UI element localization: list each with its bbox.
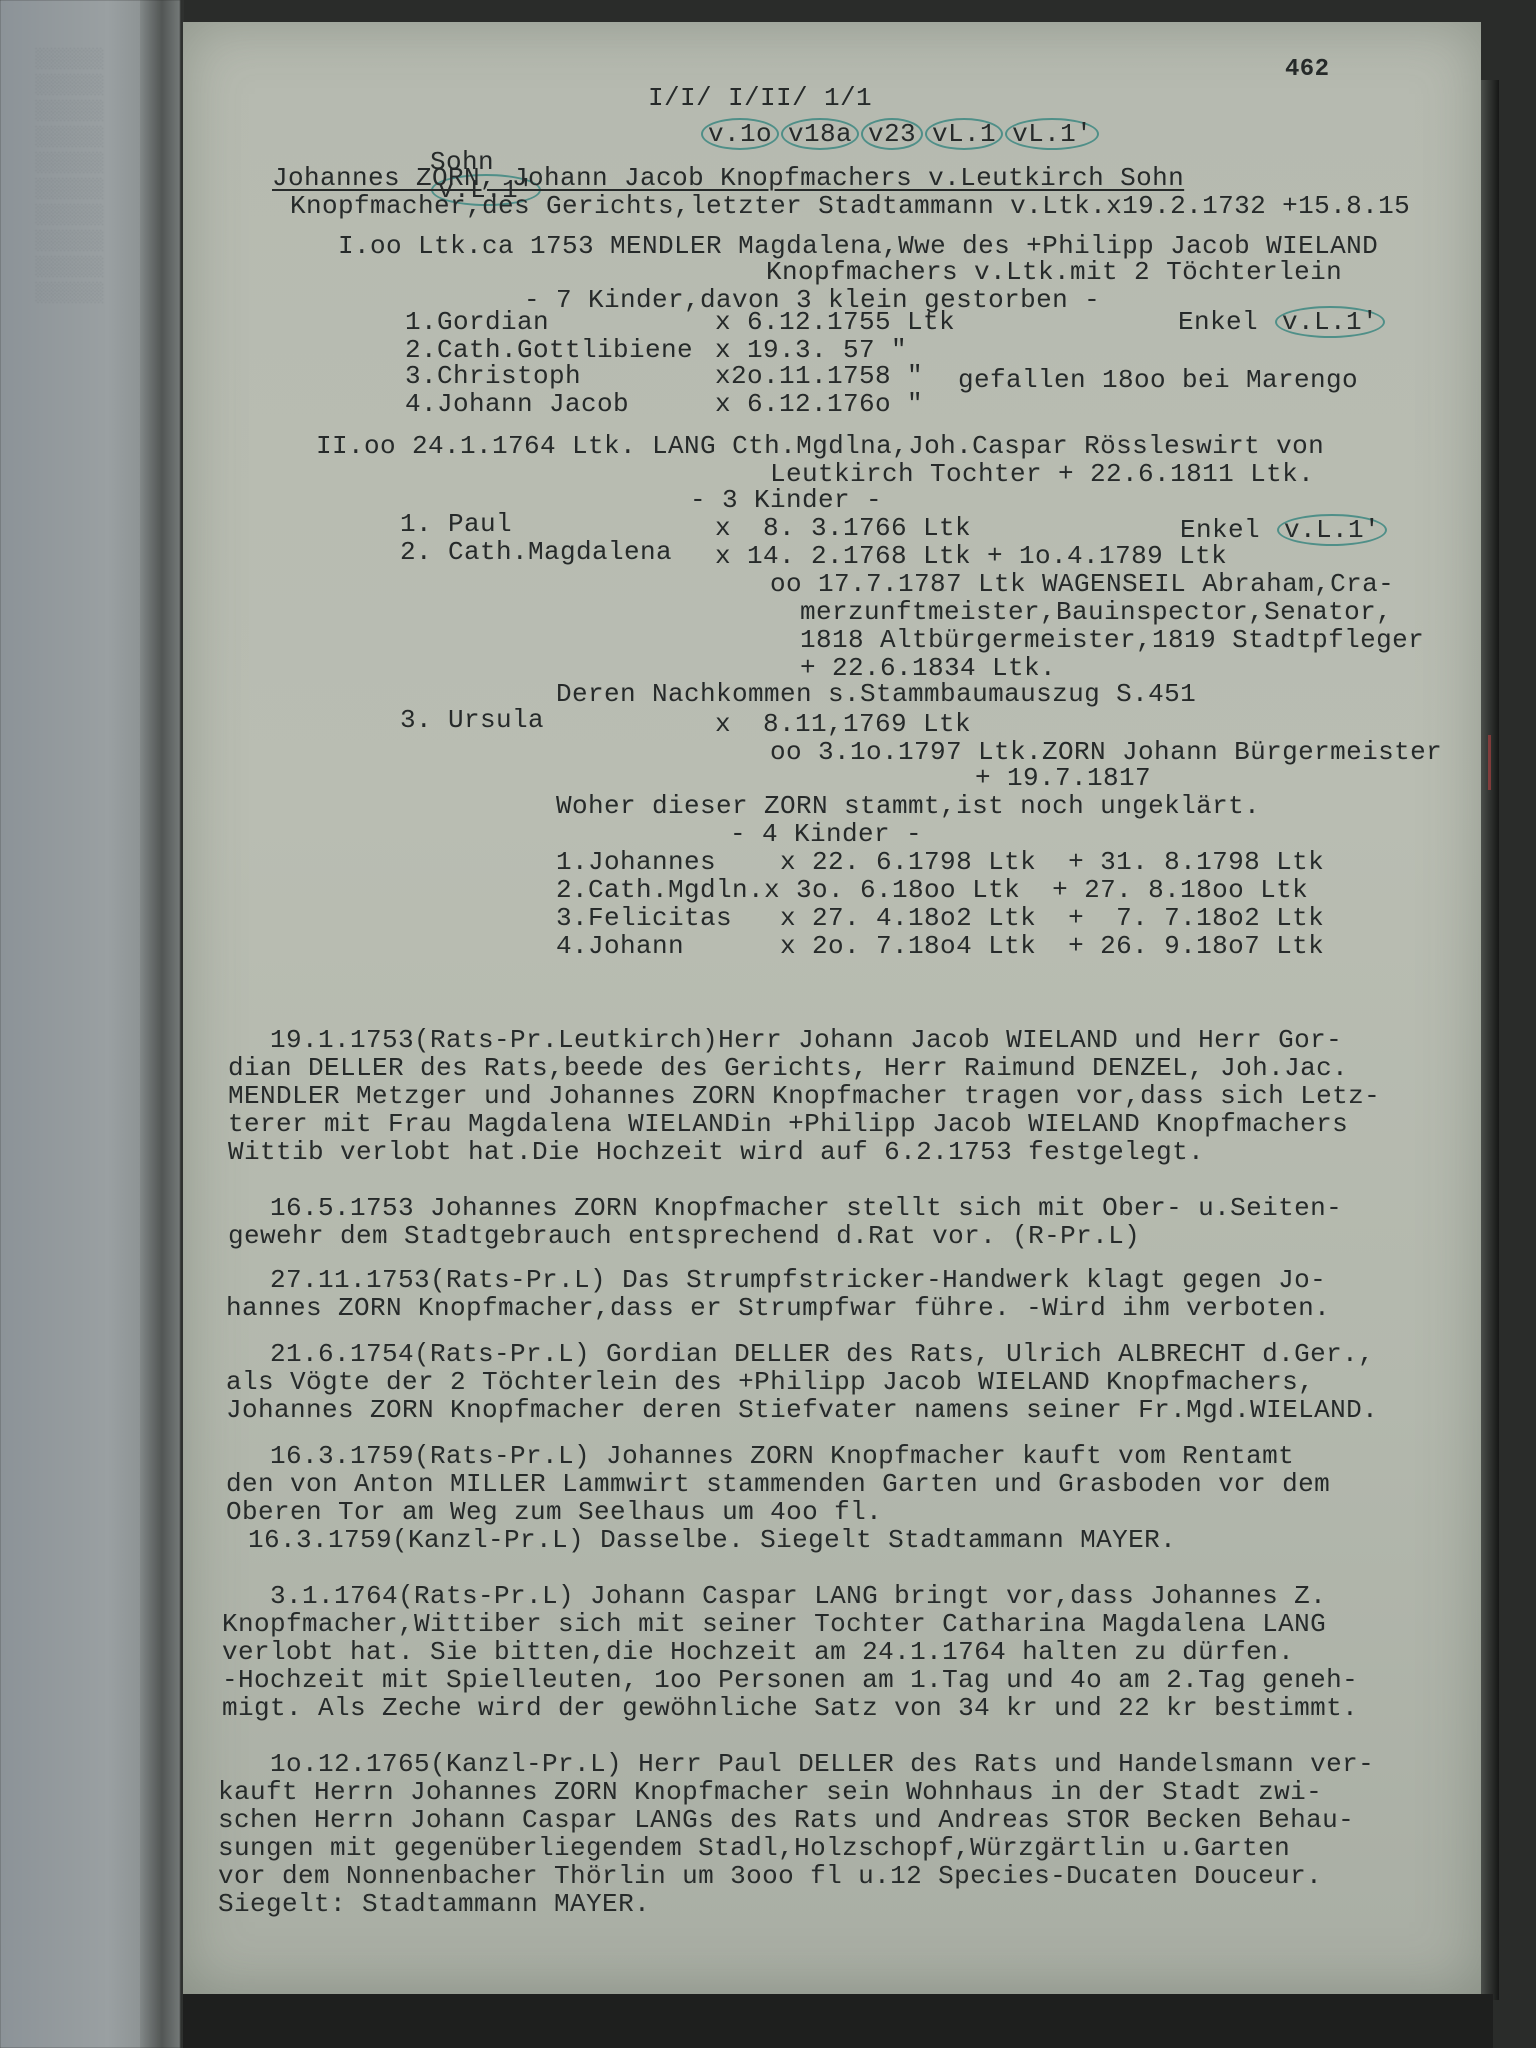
relation-code-circled: vL.1' bbox=[1005, 118, 1099, 150]
record-line: terer mit Frau Magdalena WIELANDin +Phil… bbox=[228, 1110, 1348, 1138]
child-note: gefallen 18oo bei Marengo bbox=[958, 366, 1358, 394]
magdalena-marriage-line: 1818 Altbürgermeister,1819 Stadtpfleger bbox=[800, 626, 1424, 654]
child-note: Enkel v.L.1' bbox=[1180, 516, 1388, 544]
record-line: gewehr dem Stadtgebrauch entsprechend d.… bbox=[228, 1222, 1140, 1250]
record-line: 1o.12.1765(Kanzl-Pr.L) Herr Paul DELLER … bbox=[222, 1750, 1374, 1778]
magdalena-marriage-line: oo 17.7.1787 Ltk WAGENSEIL Abraham,Cra- bbox=[770, 570, 1394, 598]
record-line: Oberen Tor am Weg zum Seelhaus um 4oo fl… bbox=[226, 1498, 882, 1526]
grandchild-row: 3.Felicitas x 27. 4.18o2 Ltk + 7. 7.18o2… bbox=[556, 904, 1324, 932]
record-line: als Vögte der 2 Töchterlein des +Philipp… bbox=[226, 1368, 1314, 1396]
record-line: 3.1.1764(Rats-Pr.L) Johann Caspar LANG b… bbox=[222, 1582, 1326, 1610]
person-header-line1: Johannes ZORN, Johann Jacob Knopfmachers… bbox=[272, 164, 1184, 192]
marriage2-line2: Leutkirch Tochter + 22.6.1811 Ltk. bbox=[770, 460, 1314, 488]
origin-note: Woher dieser ZORN stammt,ist noch ungekl… bbox=[556, 792, 1260, 820]
child-date: x 8. 3.1766 Ltk bbox=[715, 514, 971, 542]
descendants-note: Deren Nachkommen s.Stammbaumauszug S.451 bbox=[556, 680, 1196, 708]
grandchild-row: 1.Johannes x 22. 6.1798 Ltk + 31. 8.1798… bbox=[556, 848, 1324, 876]
relation-code-circled: v.L.1' bbox=[1275, 306, 1385, 338]
grandchild-row: 2.Cath.Mgdln.x 3o. 6.18oo Ltk + 27. 8.18… bbox=[556, 876, 1308, 904]
magdalena-marriage-line: merzunftmeister,Bauinspector,Senator, bbox=[800, 598, 1392, 626]
child-date: x 6.12.176o " bbox=[715, 390, 923, 418]
book-gutter bbox=[140, 0, 184, 2048]
record-line: kauft Herrn Johannes ZORN Knopfmacher se… bbox=[218, 1778, 1322, 1806]
record-line: migt. Als Zeche wird der gewöhnliche Sat… bbox=[222, 1694, 1358, 1722]
relation-code-circled: vL.1 bbox=[925, 118, 1003, 150]
marriage2-line1: II.oo 24.1.1764 Ltk. LANG Cth.Mgdlna,Joh… bbox=[316, 432, 1324, 460]
record-line: Wittib verlobt hat.Die Hochzeit wird auf… bbox=[228, 1138, 1204, 1166]
record-line: hannes ZORN Knopfmacher,dass er Strumpfw… bbox=[226, 1294, 1330, 1322]
record-line: Knopfmacher,Wittiber sich mit seiner Toc… bbox=[222, 1610, 1326, 1638]
record-line: schen Herrn Johann Caspar LANGs des Rats… bbox=[218, 1806, 1354, 1834]
reference-code: I/I/ I/II/ 1/1 bbox=[648, 84, 872, 112]
record-line: 16.3.1759(Rats-Pr.L) Johannes ZORN Knopf… bbox=[222, 1442, 1294, 1470]
record-line: -Hochzeit mit Spielleuten, 1oo Personen … bbox=[222, 1666, 1358, 1694]
page-number: 462 bbox=[1285, 56, 1329, 84]
record-line: Siegelt: Stadtammann MAYER. bbox=[218, 1890, 650, 1918]
child-date: x2o.11.1758 " bbox=[715, 362, 923, 390]
person-header-line2: Knopfmacher,des Gerichts,letzter Stadtam… bbox=[290, 192, 1410, 220]
red-margin-mark bbox=[1488, 735, 1491, 790]
child-date: x 8.11,1769 Ltk bbox=[715, 710, 971, 738]
marriage1-line1: I.oo Ltk.ca 1753 MENDLER Magdalena,Wwe d… bbox=[338, 232, 1378, 260]
child-date: x 14. 2.1768 Ltk + 1o.4.1789 Ltk bbox=[715, 542, 1227, 570]
marriage1-line2: Knopfmachers v.Ltk.mit 2 Töchterlein bbox=[766, 258, 1342, 286]
record-line: den von Anton MILLER Lammwirt stammenden… bbox=[226, 1470, 1330, 1498]
grandchild-note: Enkel bbox=[1178, 307, 1258, 337]
record-line: verlobt hat. Sie bitten,die Hochzeit am … bbox=[222, 1638, 1294, 1666]
child-date: x 6.12.1755 Ltk bbox=[715, 308, 955, 336]
child-note: Enkel v.L.1' bbox=[1178, 308, 1386, 336]
ursula-marriage-line: oo 3.1o.1797 Ltk.ZORN Johann Bürgermeist… bbox=[770, 738, 1442, 766]
record-line: sungen mit gegenüberliegendem Stadl,Holz… bbox=[218, 1834, 1290, 1862]
record-line: vor dem Nonnenbacher Thörlin um 3ooo fl … bbox=[218, 1862, 1322, 1890]
relation-code-circled: v.1o bbox=[701, 118, 779, 150]
record-line: dian DELLER des Rats,beede des Gerichts,… bbox=[228, 1054, 1348, 1082]
magdalena-marriage-line: + 22.6.1834 Ltk. bbox=[800, 654, 1056, 682]
grandchild-row: 4.Johann x 2o. 7.18o4 Ltk + 26. 9.18o7 L… bbox=[556, 932, 1324, 960]
relation-code-circled: v18a bbox=[781, 118, 859, 150]
record-line: 16.3.1759(Kanzl-Pr.L) Dasselbe. Siegelt … bbox=[200, 1526, 1176, 1554]
page-edge-shadow bbox=[1481, 80, 1499, 2000]
ursula-marriage-line: + 19.7.1817 bbox=[975, 764, 1151, 792]
record-line: 19.1.1753(Rats-Pr.Leutkirch)Herr Johann … bbox=[222, 1026, 1342, 1054]
grandchildren-heading: - 4 Kinder - bbox=[730, 820, 922, 848]
record-line: 27.11.1753(Rats-Pr.L) Das Strumpfstricke… bbox=[222, 1266, 1326, 1294]
child-name: 4.Johann Jacob bbox=[405, 390, 629, 418]
record-line: 16.5.1753 Johannes ZORN Knopfmacher stel… bbox=[222, 1194, 1342, 1222]
child-name: 2. Cath.Magdalena bbox=[400, 538, 672, 566]
child-name: 1. Paul bbox=[400, 510, 512, 538]
child-name: 3. Ursula bbox=[400, 706, 544, 734]
record-line: MENDLER Metzger und Johannes ZORN Knopfm… bbox=[228, 1082, 1380, 1110]
marriage2-children-heading: - 3 Kinder - bbox=[690, 486, 882, 514]
child-name: 1.Gordian bbox=[405, 308, 549, 336]
record-line: 21.6.1754(Rats-Pr.L) Gordian DELLER des … bbox=[222, 1340, 1374, 1368]
record-line: Johannes ZORN Knopfmacher deren Stiefvat… bbox=[226, 1396, 1378, 1424]
bottom-edge-shadow bbox=[183, 1994, 1493, 2048]
child-name: 3.Christoph bbox=[405, 362, 581, 390]
relation-code-circled: v.L.1' bbox=[1277, 514, 1387, 546]
child-date: x 19.3. 57 " bbox=[715, 336, 907, 364]
relation-codes: v.1ov18av23vL.1vL.1' bbox=[700, 120, 1100, 148]
child-name: 2.Cath.Gottlibiene bbox=[405, 336, 693, 364]
relation-code-circled: v23 bbox=[861, 118, 923, 150]
